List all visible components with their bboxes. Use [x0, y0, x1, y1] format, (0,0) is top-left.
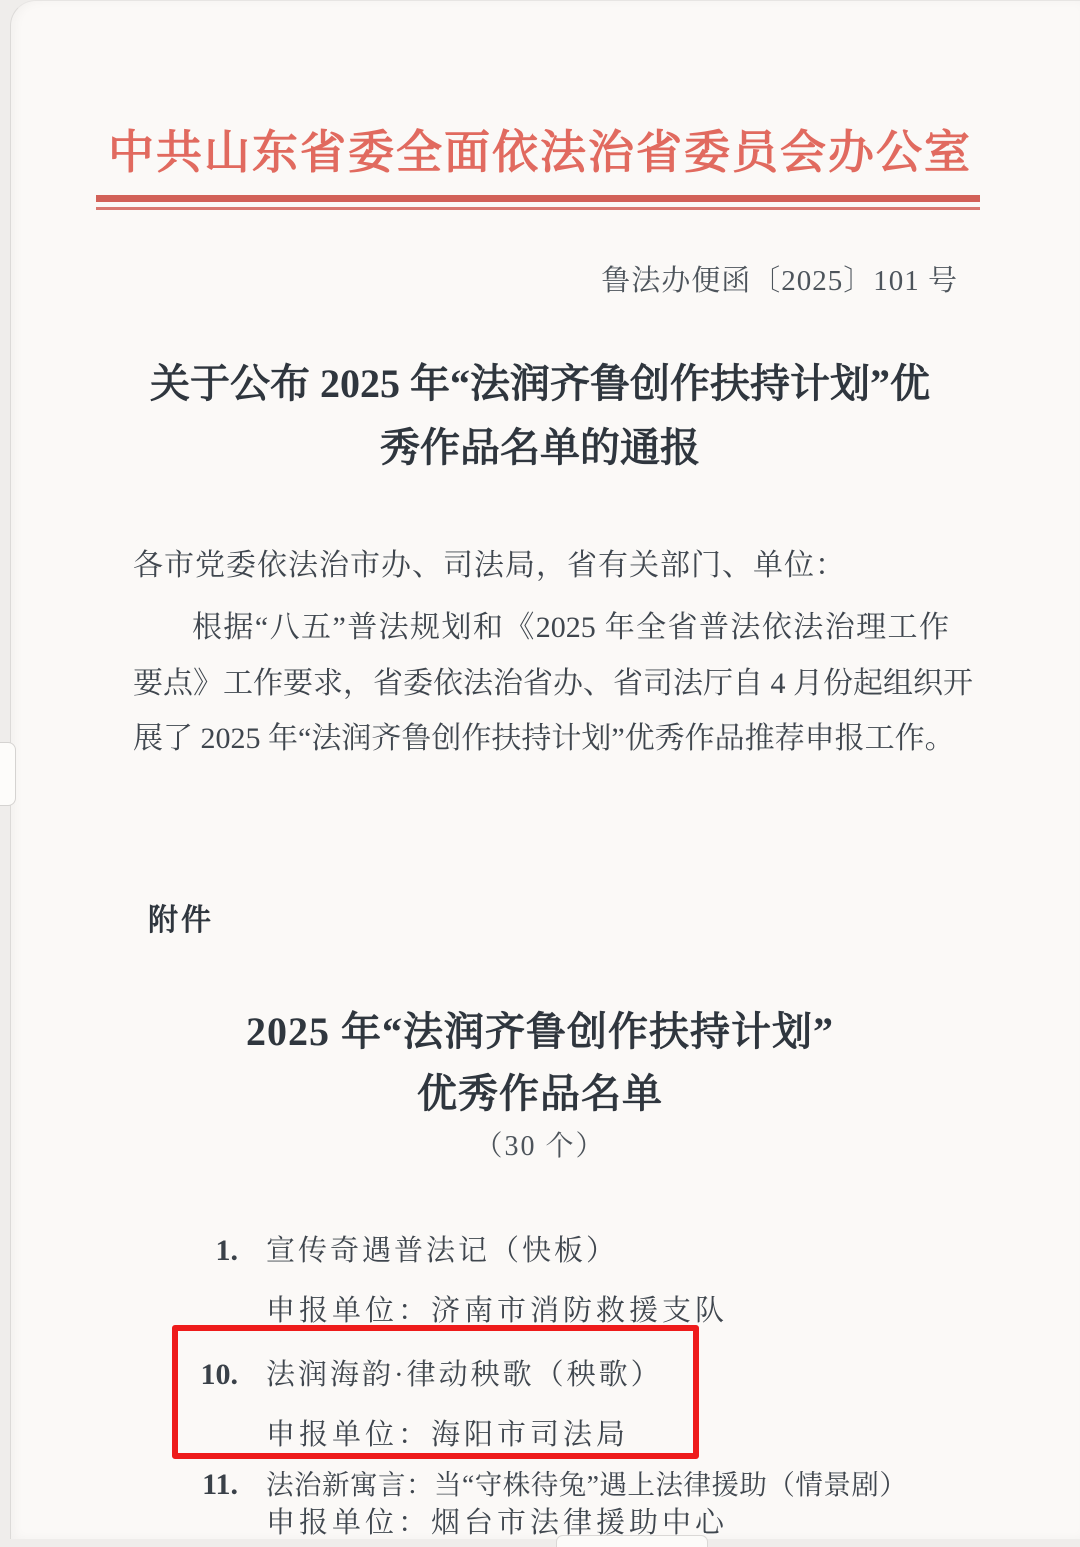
list-item-title: 法润海韵·律动秧歌（秧歌） [266, 1359, 663, 1391]
document-photo: 中共山东省委全面依法治省委员会办公室 鲁法办便函〔2025〕101 号 关于公布… [0, 0, 1080, 1547]
list-item-10: 10.法润海韵·律动秧歌（秧歌） [176, 1352, 663, 1393]
item-count-note: （30 个） [0, 1124, 1080, 1164]
issuing-org-title: 中共山东省委全面依法治省委员会办公室 [0, 116, 1080, 182]
body-paragraph-line-3: 展了 2025 年“法润齐鲁创作扶持计划”优秀作品推荐申报工作。 [133, 713, 949, 757]
attachment-label: 附件 [148, 895, 214, 939]
body-paragraph-line-1: 根据“八五”普法规划和《2025 年全省普法依法治理工作 [133, 602, 949, 646]
list-item-number: 11. [176, 1468, 238, 1502]
list-item-title: 法治新寓言：当“守株待兔”遇上法律援助（情景剧） [266, 1469, 907, 1500]
body-paragraph-line-2: 要点》工作要求，省委依法治省办、省司法厅自 4 月份起组织开 [133, 658, 949, 702]
document-title-line-1: 关于公布 2025 年“法润齐鲁创作扶持计划”优 [0, 352, 1080, 409]
list-item-unit: 申报单位：济南市消防救援支队 [266, 1288, 728, 1329]
document-number: 鲁法办便函〔2025〕101 号 [601, 258, 958, 299]
list-item-number: 1. [176, 1234, 238, 1268]
page-edge-notch [0, 742, 16, 806]
red-divider-thick [96, 195, 980, 202]
list-item-unit: 申报单位：海阳市司法局 [266, 1412, 629, 1453]
list-item-title: 宣传奇遇普法记（快板） [266, 1235, 618, 1267]
attachment-title-line-2: 优秀作品名单 [0, 1062, 1080, 1119]
list-item-11: 11.法治新寓言：当“守株待兔”遇上法律援助（情景剧） [176, 1462, 907, 1502]
red-divider-thin [96, 207, 980, 210]
salutation-line: 各市党委依法治市办、司法局，省有关部门、单位： [133, 540, 846, 584]
list-item-unit: 申报单位：烟台市法律援助中心 [266, 1500, 728, 1541]
document-title-line-2: 秀作品名单的通报 [0, 416, 1080, 473]
attachment-title-line-1: 2025 年“法润齐鲁创作扶持计划” [0, 1000, 1080, 1057]
list-item-1: 1.宣传奇遇普法记（快板） [176, 1228, 618, 1269]
list-item-number: 10. [176, 1358, 238, 1392]
